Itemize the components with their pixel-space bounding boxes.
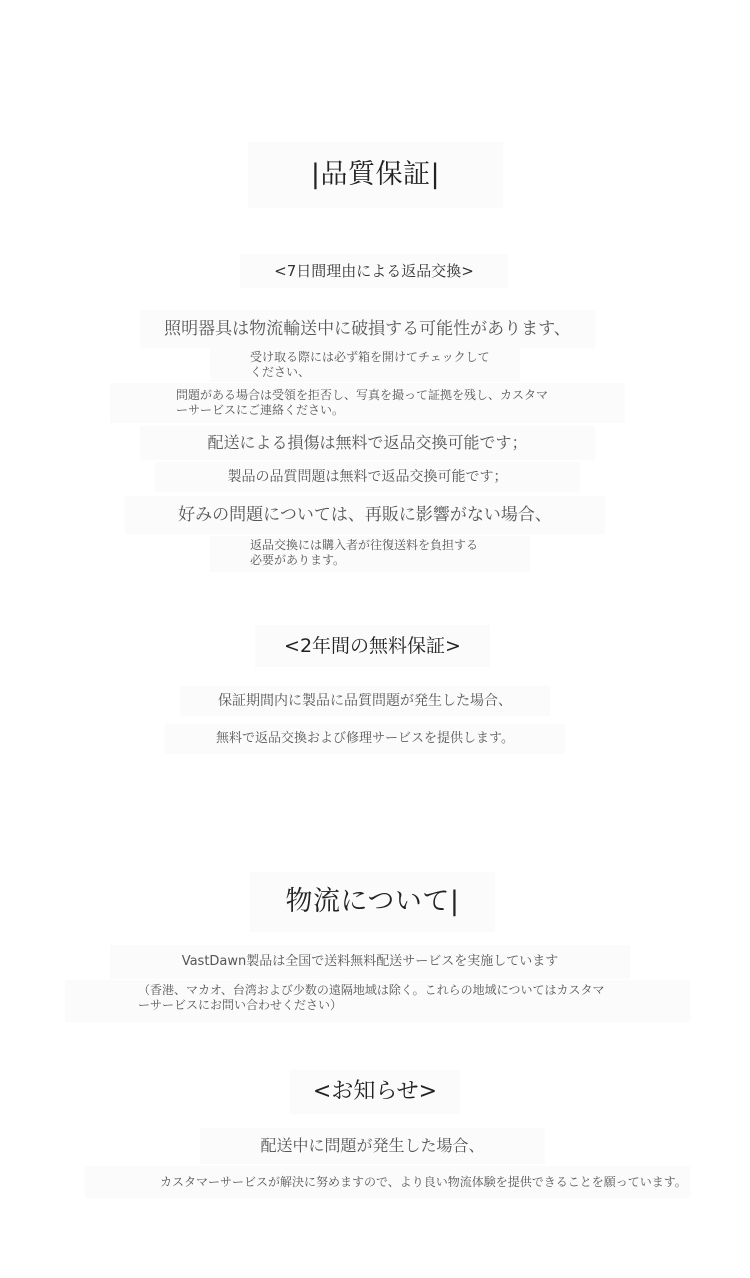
quality-title: |品質保証| [248,142,503,208]
logistics-line1-text: VastDawn製品は全国で送料無料配送サービスを実施しています [182,954,559,969]
return7-line7a-text: 返品交換には購入者が往復送料を負担する [250,538,530,553]
return7-line2a-text: 受け取る際には必ず箱を開けてチェックして [250,350,520,365]
return7-line4-text: 配送による損傷は無料で返品交換可能です； [207,433,527,452]
return7-line6: 好みの問題については、再販に影響がない場合、 [125,496,605,534]
notice-line1-text: 配送中に問題が発生した場合、 [260,1136,484,1155]
warranty-line2-text: 無料で返品交換および修理サービスを提供します。 [216,731,514,746]
return7-line3: 問題がある場合は受領を拒否し、写真を撮って証拠を残し、カスタマ ーサービスにご連… [110,383,625,423]
logistics-line2a-text: （香港、マカオ、台湾および少数の遠隔地域は除く。これらの地域についてはカスタマ [138,983,690,998]
return7-line3b-text: ーサービスにご連絡ください。 [176,403,625,418]
return7-line3a-text: 問題がある場合は受領を拒否し、写真を撮って証拠を残し、カスタマ [176,388,625,403]
logistics-line2: （香港、マカオ、台湾および少数の遠隔地域は除く。これらの地域についてはカスタマ … [65,980,690,1022]
notice-heading-text: <お知らせ> [313,1079,437,1104]
return7-line7: 返品交換には購入者が往復送料を負担する 必要があります。 [210,536,530,572]
logistics-line1: VastDawn製品は全国で送料無料配送サービスを実施しています [110,945,630,979]
return7-line2b-text: ください、 [250,365,520,380]
return7-line4: 配送による損傷は無料で返品交換可能です； [140,426,595,460]
return7-line1-text: 照明器具は物流輸送中に破損する可能性があります、 [164,319,571,339]
return7-line1: 照明器具は物流輸送中に破損する可能性があります、 [140,310,595,348]
notice-heading: <お知らせ> [290,1070,460,1114]
logistics-title: 物流について| [250,872,495,932]
notice-line2-text: カスタマーサービスが解決に努めますので、より良い物流体験を提供できることを願って… [160,1175,687,1189]
return7-line5-text: 製品の品質問題は無料で返品交換可能です； [228,469,508,485]
return7-heading-text: <7日間理由による返品交換> [274,262,474,280]
return7-line5: 製品の品質問題は無料で返品交換可能です； [155,462,580,492]
warranty-line1-text: 保証期間内に製品に品質問題が発生した場合、 [218,693,512,709]
warranty-heading-text: <2年間の無料保証> [284,635,461,657]
warranty-heading: <2年間の無料保証> [255,625,490,667]
warranty-line1: 保証期間内に製品に品質問題が発生した場合、 [180,686,550,716]
quality-title-text: |品質保証| [311,159,440,190]
return7-line7b-text: 必要があります。 [250,553,530,568]
notice-line2: カスタマーサービスが解決に努めますので、より良い物流体験を提供できることを願って… [85,1166,690,1198]
return7-line6-text: 好みの問題については、再販に影響がない場合、 [178,505,552,525]
logistics-line2b-text: ーサービスにお問い合わせください） [138,998,690,1013]
notice-line1: 配送中に問題が発生した場合、 [200,1128,545,1164]
warranty-line2: 無料で返品交換および修理サービスを提供します。 [165,724,565,754]
return7-heading: <7日間理由による返品交換> [240,254,508,288]
logistics-title-text: 物流について| [285,886,459,917]
return7-line2: 受け取る際には必ず箱を開けてチェックして ください、 [210,348,520,382]
